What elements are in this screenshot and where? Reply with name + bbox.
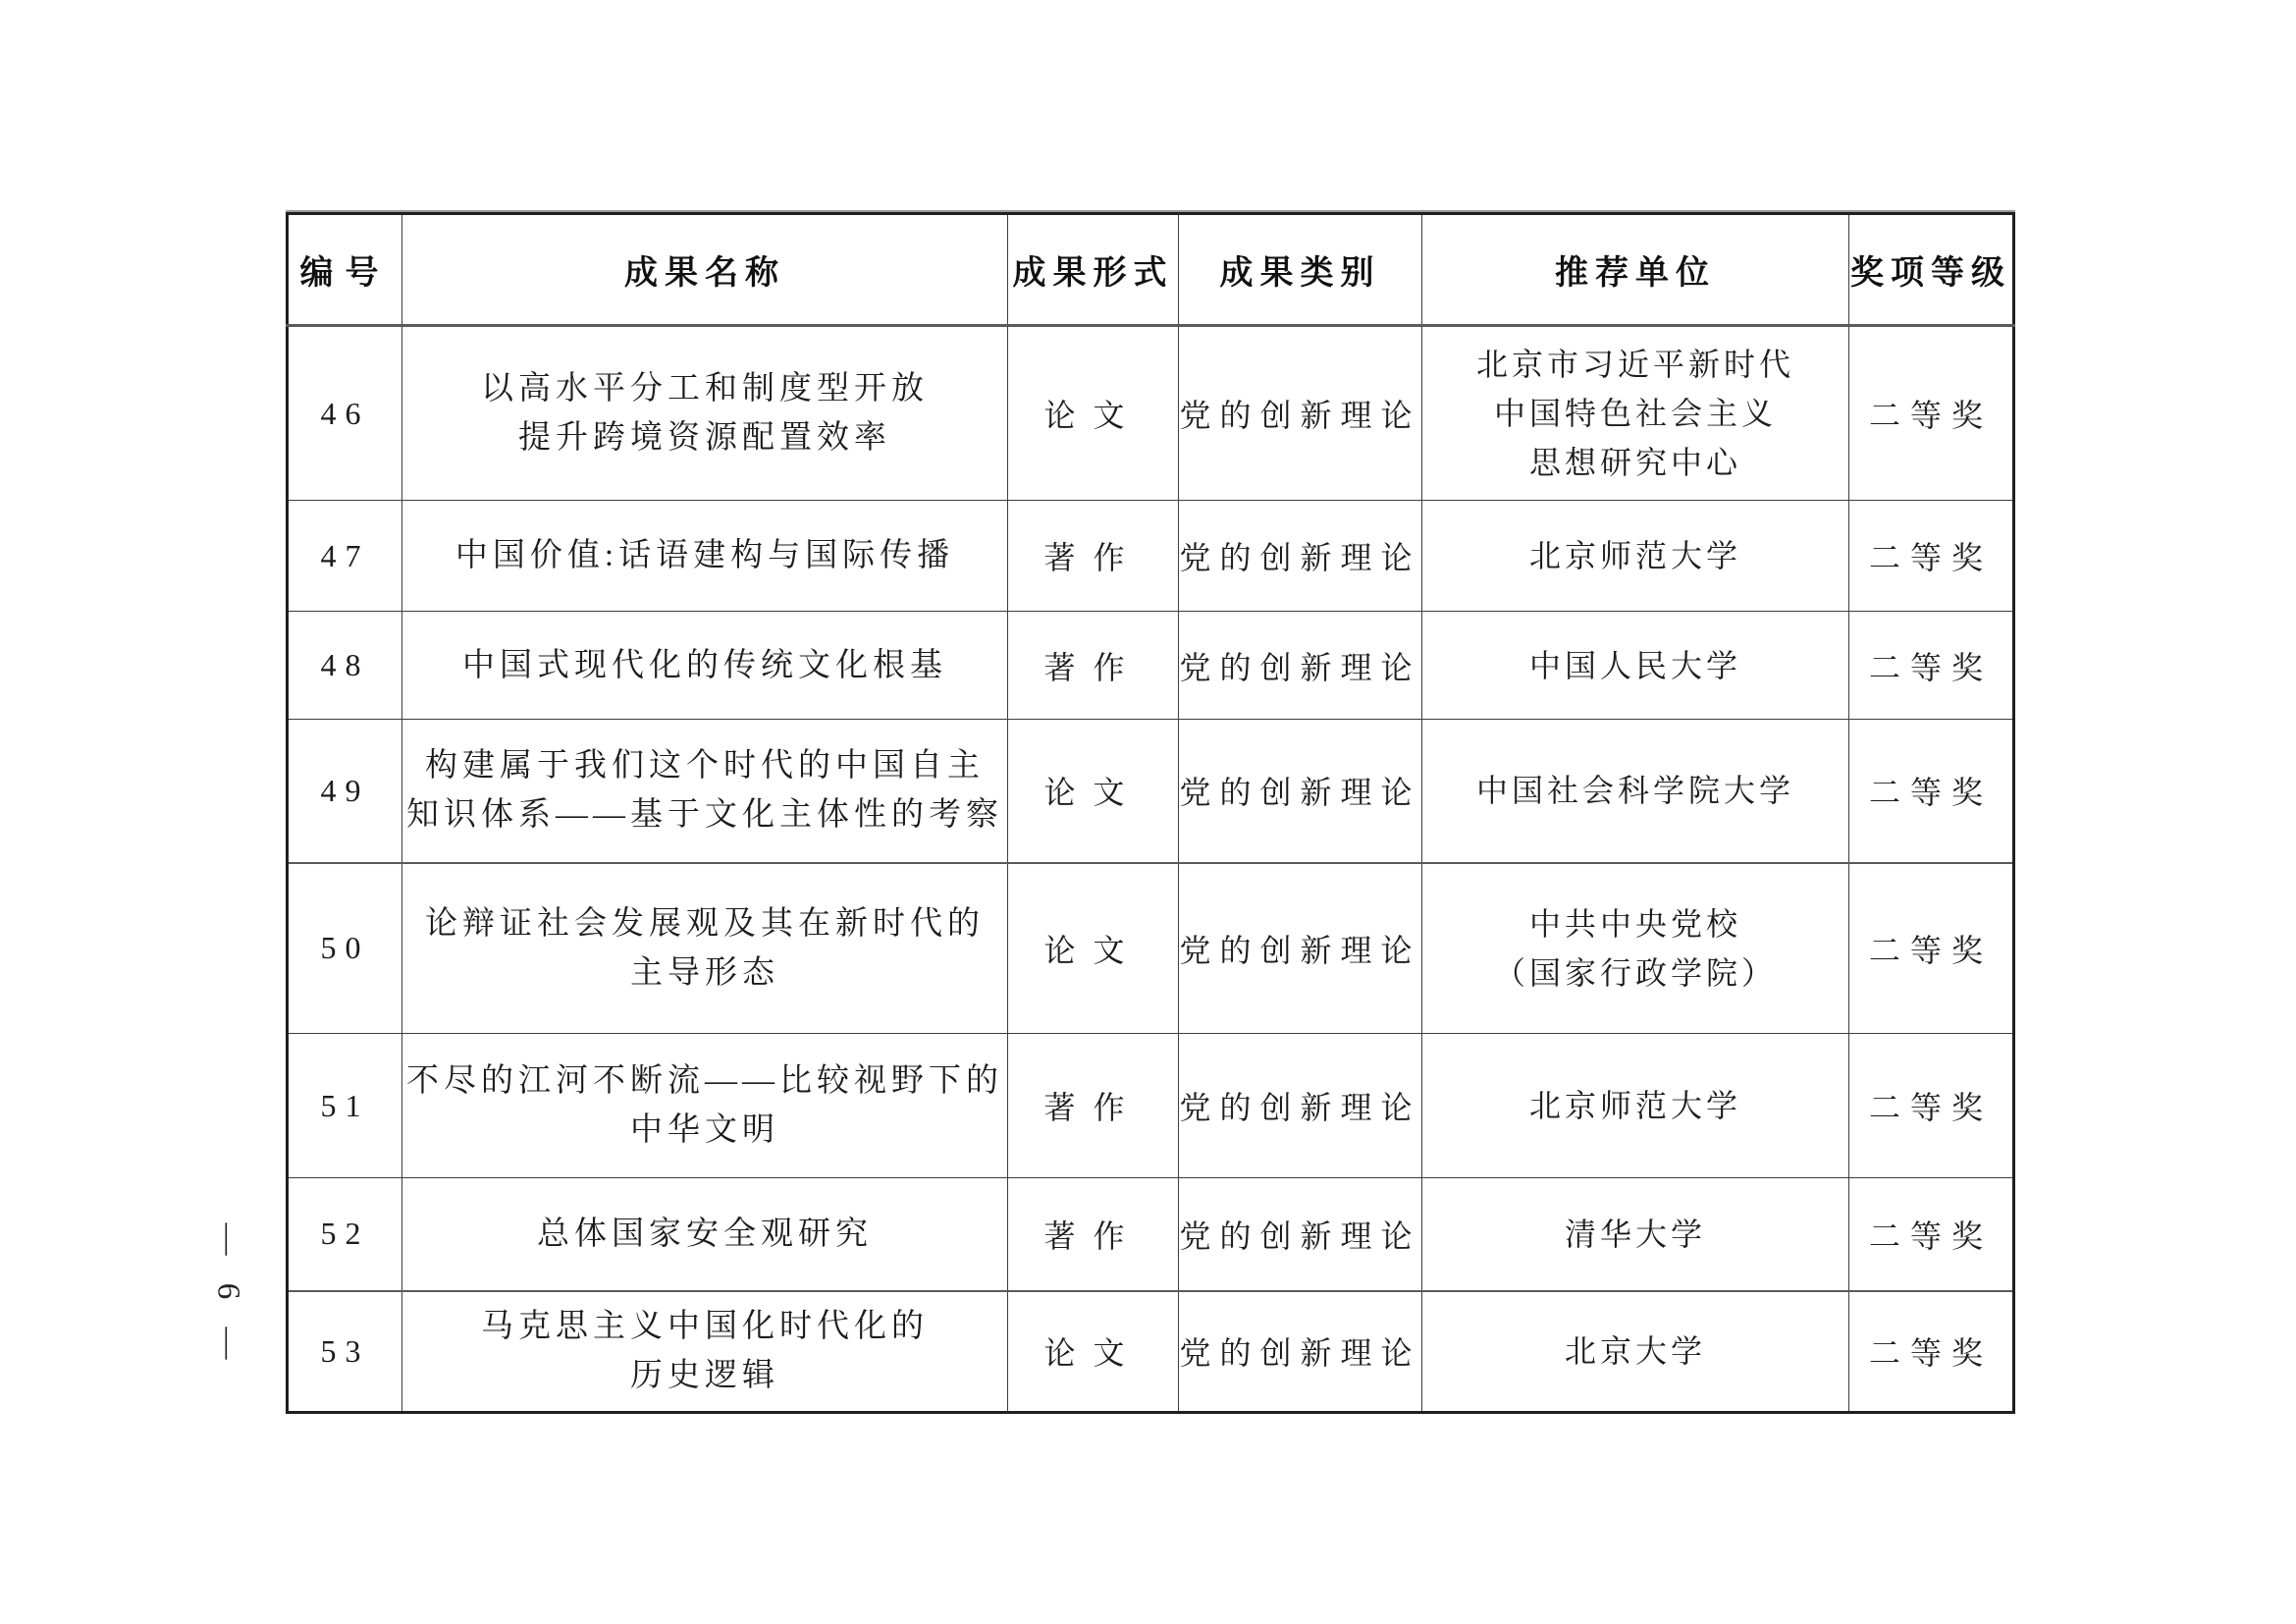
cell-id: 50 [288,863,402,1034]
table-row: 47中国价值:话语建构与国际传播著作党的创新理论北京师范大学二等奖 [288,501,2014,612]
awards-table: 编号 成果名称 成果形式 成果类别 推荐单位 奖项等级 46以高水平分工和制度型… [286,212,2015,1414]
table-row: 51不尽的江河不断流——比较视野下的中华文明著作党的创新理论北京师范大学二等奖 [288,1034,2014,1178]
cell-name: 中国价值:话语建构与国际传播 [402,501,1008,612]
cell-name-line: 主导形态 [402,948,1007,998]
cell-id: 46 [288,326,402,501]
cell-name: 以高水平分工和制度型开放提升跨境资源配置效率 [402,326,1008,501]
cell-category: 党的创新理论 [1179,720,1422,863]
cell-award: 二等奖 [1849,612,2014,720]
cell-recommender-line: 北京师范大学 [1422,1081,1848,1130]
cell-form-line: 论文 [1008,391,1178,436]
cell-form: 论文 [1008,863,1179,1034]
cell-name-line: 构建属于我们这个时代的中国自主 [402,741,1007,790]
cell-category-line: 党的创新理论 [1179,533,1421,578]
cell-form: 论文 [1008,720,1179,863]
header-row: 编号 成果名称 成果形式 成果类别 推荐单位 奖项等级 [288,214,2014,326]
cell-name-line: 知识体系——基于文化主体性的考察 [402,790,1007,839]
cell-name-line: 论辩证社会发展观及其在新时代的 [402,899,1007,948]
cell-form: 论文 [1008,326,1179,501]
cell-name: 构建属于我们这个时代的中国自主知识体系——基于文化主体性的考察 [402,720,1008,863]
cell-name-line: 不尽的江河不断流——比较视野下的 [402,1056,1007,1106]
cell-name-line: 中国价值:话语建构与国际传播 [402,531,1007,580]
cell-category: 党的创新理论 [1179,501,1422,612]
cell-recommender-line: 中国社会科学院大学 [1422,766,1848,815]
cell-recommender: 北京市习近平新时代中国特色社会主义思想研究中心 [1422,326,1849,501]
cell-category: 党的创新理论 [1179,1291,1422,1413]
cell-award-line: 二等奖 [1849,533,2012,578]
cell-recommender-line: 中国特色社会主义 [1422,389,1848,438]
cell-form-line: 论文 [1008,926,1178,971]
cell-recommender: 清华大学 [1422,1178,1849,1291]
header-award: 奖项等级 [1849,214,2014,326]
cell-recommender-line: 北京市习近平新时代 [1422,340,1848,389]
cell-recommender: 中共中央党校（国家行政学院） [1422,863,1849,1034]
cell-form-line: 论文 [1008,768,1178,813]
cell-recommender-line: 思想研究中心 [1422,438,1848,487]
cell-recommender: 北京师范大学 [1422,501,1849,612]
cell-form-line: 著作 [1008,533,1178,578]
cell-award: 二等奖 [1849,720,2014,863]
header-category: 成果类别 [1179,214,1422,326]
cell-name: 不尽的江河不断流——比较视野下的中华文明 [402,1034,1008,1178]
cell-category: 党的创新理论 [1179,612,1422,720]
cell-award: 二等奖 [1849,1291,2014,1413]
cell-award-line: 二等奖 [1849,643,2012,688]
cell-id: 53 [288,1291,402,1413]
cell-award: 二等奖 [1849,1178,2014,1291]
cell-form: 著作 [1008,1034,1179,1178]
table-row: 53马克思主义中国化时代化的历史逻辑论文党的创新理论北京大学二等奖 [288,1291,2014,1413]
header-form: 成果形式 [1008,214,1179,326]
cell-id-line: 49 [289,773,401,809]
cell-recommender-line: 北京师范大学 [1422,531,1848,580]
cell-award-line: 二等奖 [1849,926,2012,971]
cell-name-line: 中华文明 [402,1106,1007,1155]
cell-form-line: 论文 [1008,1328,1178,1374]
cell-award: 二等奖 [1849,501,2014,612]
cell-name-line: 总体国家安全观研究 [402,1210,1007,1259]
table-body: 46以高水平分工和制度型开放提升跨境资源配置效率论文党的创新理论北京市习近平新时… [288,326,2014,1413]
table-row: 49构建属于我们这个时代的中国自主知识体系——基于文化主体性的考察论文党的创新理… [288,720,2014,863]
document-page: — 6 — 编号 成果名称 成果形式 成果类别 推荐单位 奖项等级 46以高水平… [0,0,2296,1624]
header-id: 编号 [288,214,402,326]
cell-id-line: 50 [289,930,401,966]
cell-award: 二等奖 [1849,326,2014,501]
cell-category-line: 党的创新理论 [1179,1212,1421,1257]
cell-recommender: 北京大学 [1422,1291,1849,1413]
table-row: 52总体国家安全观研究著作党的创新理论清华大学二等奖 [288,1178,2014,1291]
table-row: 50论辩证社会发展观及其在新时代的主导形态论文党的创新理论中共中央党校（国家行政… [288,863,2014,1034]
header-name: 成果名称 [402,214,1008,326]
cell-recommender-line: 北京大学 [1422,1326,1848,1376]
header-recommender: 推荐单位 [1422,214,1849,326]
cell-id-line: 52 [289,1216,401,1252]
cell-category: 党的创新理论 [1179,863,1422,1034]
cell-id: 49 [288,720,402,863]
cell-category-line: 党的创新理论 [1179,643,1421,688]
cell-id: 48 [288,612,402,720]
cell-category-line: 党的创新理论 [1179,926,1421,971]
margin-page-number: — 6 — [210,1223,246,1370]
cell-category: 党的创新理论 [1179,326,1422,501]
cell-category-line: 党的创新理论 [1179,1328,1421,1374]
cell-form-line: 著作 [1008,1212,1178,1257]
cell-form-line: 著作 [1008,1083,1178,1128]
cell-award-line: 二等奖 [1849,391,2012,436]
cell-name-line: 历史逻辑 [402,1351,1007,1400]
cell-id: 51 [288,1034,402,1178]
cell-recommender: 中国人民大学 [1422,612,1849,720]
cell-id-line: 53 [289,1333,401,1370]
cell-award-line: 二等奖 [1849,768,2012,813]
cell-recommender: 中国社会科学院大学 [1422,720,1849,863]
cell-id: 52 [288,1178,402,1291]
cell-award-line: 二等奖 [1849,1212,2012,1257]
cell-form: 著作 [1008,501,1179,612]
cell-name-line: 以高水平分工和制度型开放 [402,364,1007,413]
cell-id: 47 [288,501,402,612]
cell-id-line: 48 [289,647,401,683]
cell-form: 著作 [1008,612,1179,720]
cell-category-line: 党的创新理论 [1179,768,1421,813]
cell-category-line: 党的创新理论 [1179,1083,1421,1128]
cell-category: 党的创新理论 [1179,1034,1422,1178]
cell-award: 二等奖 [1849,1034,2014,1178]
table-header: 编号 成果名称 成果形式 成果类别 推荐单位 奖项等级 [288,214,2014,326]
cell-award: 二等奖 [1849,863,2014,1034]
cell-form: 论文 [1008,1291,1179,1413]
cell-id-line: 47 [289,538,401,574]
cell-form-line: 著作 [1008,643,1178,688]
cell-name: 中国式现代化的传统文化根基 [402,612,1008,720]
cell-name: 论辩证社会发展观及其在新时代的主导形态 [402,863,1008,1034]
cell-name: 马克思主义中国化时代化的历史逻辑 [402,1291,1008,1413]
cell-award-line: 二等奖 [1849,1328,2012,1374]
cell-category: 党的创新理论 [1179,1178,1422,1291]
table-row: 48中国式现代化的传统文化根基著作党的创新理论中国人民大学二等奖 [288,612,2014,720]
cell-recommender: 北京师范大学 [1422,1034,1849,1178]
cell-recommender-line: （国家行政学院） [1422,948,1848,998]
cell-id-line: 51 [289,1088,401,1124]
cell-id-line: 46 [289,396,401,432]
cell-name-line: 提升跨境资源配置效率 [402,413,1007,462]
cell-recommender-line: 中共中央党校 [1422,899,1848,948]
cell-award-line: 二等奖 [1849,1083,2012,1128]
cell-category-line: 党的创新理论 [1179,391,1421,436]
cell-name: 总体国家安全观研究 [402,1178,1008,1291]
cell-name-line: 马克思主义中国化时代化的 [402,1302,1007,1351]
table-row: 46以高水平分工和制度型开放提升跨境资源配置效率论文党的创新理论北京市习近平新时… [288,326,2014,501]
cell-recommender-line: 清华大学 [1422,1210,1848,1259]
cell-name-line: 中国式现代化的传统文化根基 [402,641,1007,690]
cell-recommender-line: 中国人民大学 [1422,641,1848,690]
cell-form: 著作 [1008,1178,1179,1291]
